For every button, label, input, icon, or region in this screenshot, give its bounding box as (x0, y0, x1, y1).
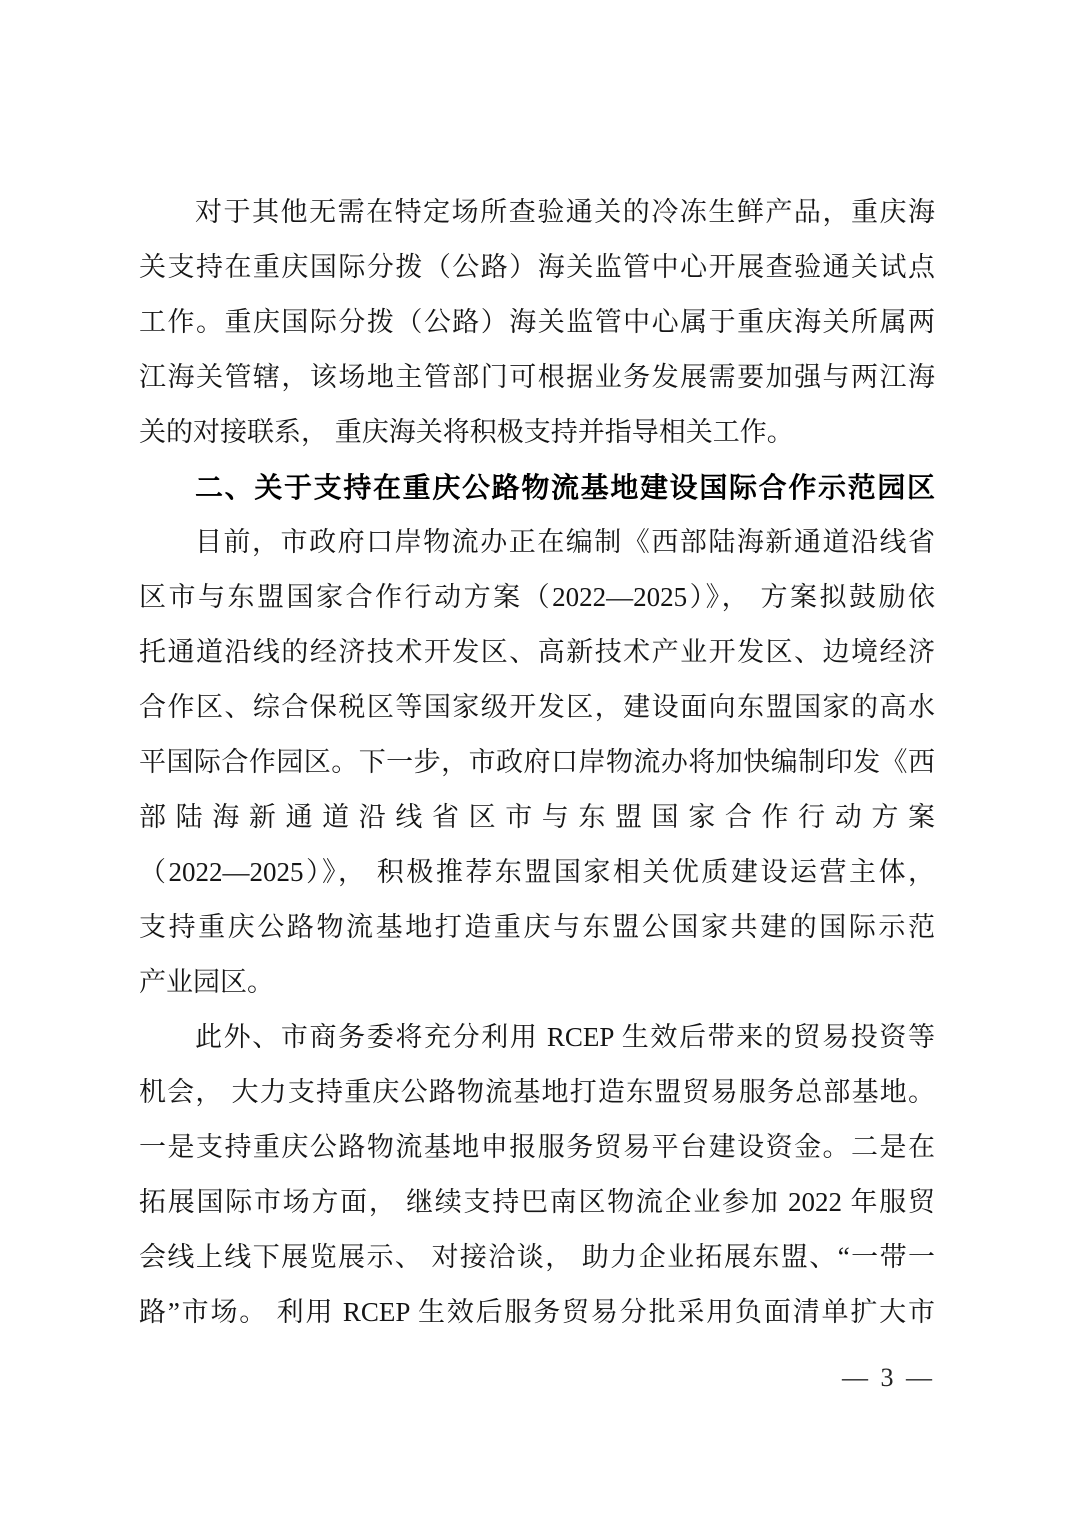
paragraph-line: 支持重庆公路物流基地打造重庆与东盟公国家共建的国际示范 (139, 900, 935, 955)
paragraph-line: 目前，市政府口岸物流办正在编制《西部陆海新通道沿线省 (139, 515, 935, 570)
paragraph-line: 拓展国际市场方面， 继续支持巴南区物流企业参加 2022 年服贸 (139, 1175, 935, 1230)
paragraph-line: 产业园区。 (139, 955, 935, 1010)
paragraph-line: 会线上线下展览展示、 对接洽谈， 助力企业拓展东盟、“一带一 (139, 1230, 935, 1285)
paragraph-line: 关的对接联系， 重庆海关将积极支持并指导相关工作。 (139, 405, 935, 460)
paragraph-line: 路”市场。 利用 RCEP 生效后服务贸易分批采用负面清单扩大市 (139, 1285, 935, 1340)
paragraph-line: 此外、市商务委将充分利用 RCEP 生效后带来的贸易投资等 (139, 1010, 935, 1065)
document-text-block: 对于其他无需在特定场所查验通关的冷冻生鲜产品，重庆海 关支持在重庆国际分拨（公路… (139, 185, 935, 1340)
section-heading: 二、关于支持在重庆公路物流基地建设国际合作示范园区 (139, 460, 935, 515)
paragraph-line: 关支持在重庆国际分拨（公路）海关监管中心开展查验通关试点 (139, 240, 935, 295)
document-page: 对于其他无需在特定场所查验通关的冷冻生鲜产品，重庆海 关支持在重庆国际分拨（公路… (0, 0, 1074, 1520)
paragraph-line: 平国际合作园区。下一步，市政府口岸物流办将加快编制印发《西 (139, 735, 935, 790)
paragraph-line: 江海关管辖，该场地主管部门可根据业务发展需要加强与两江海 (139, 350, 935, 405)
paragraph-line: 合作区、综合保税区等国家级开发区，建设面向东盟国家的高水 (139, 680, 935, 735)
paragraph-line: 一是支持重庆公路物流基地申报服务贸易平台建设资金。二是在 (139, 1120, 935, 1175)
paragraph-line: 机会， 大力支持重庆公路物流基地打造东盟贸易服务总部基地。 (139, 1065, 935, 1120)
paragraph-line: 部陆海新通道沿线省区市与东盟国家合作行动方案 (139, 790, 935, 845)
paragraph-line: （2022—2025）》， 积极推荐东盟国家相关优质建设运营主体， (139, 845, 935, 900)
paragraph-line: 托通道沿线的经济技术开发区、高新技术产业开发区、边境经济 (139, 625, 935, 680)
paragraph-line: 对于其他无需在特定场所查验通关的冷冻生鲜产品，重庆海 (139, 185, 935, 240)
paragraph-line: 工作。重庆国际分拨（公路）海关监管中心属于重庆海关所属两 (139, 295, 935, 350)
paragraph-line: 区市与东盟国家合作行动方案（2022—2025）》， 方案拟鼓励依 (139, 570, 935, 625)
page-number: — 3 — (842, 1358, 935, 1398)
